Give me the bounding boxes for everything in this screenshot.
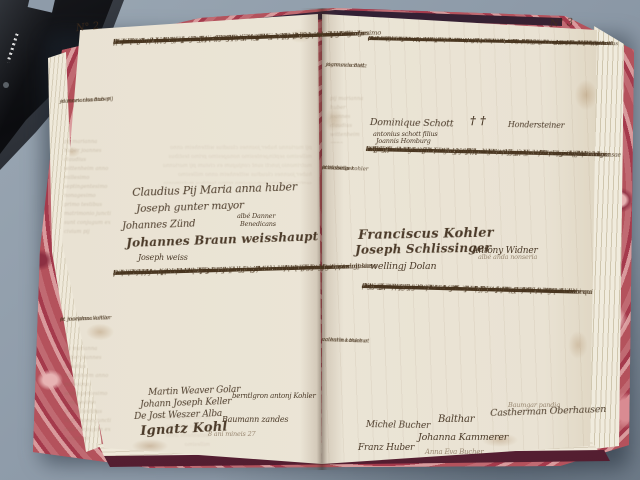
signature: wellingj Dolan: [370, 261, 436, 272]
signature: Joseph weiss: [138, 253, 188, 262]
signature: Dominique Schott: [370, 117, 454, 129]
ink-bleed-left-margin-top: pij marianna huber joannes claudius witt…: [64, 138, 112, 238]
signature: Johanna Kammerer: [418, 432, 508, 443]
signature: Joannis Homburg: [376, 137, 431, 145]
signature: Anna Eva Bucher: [425, 448, 484, 456]
signature: Joseph Schlissinger: [355, 241, 491, 257]
signature: Benedicans: [240, 220, 276, 228]
signature: Baumann zandes: [222, 415, 288, 424]
ink-bleed-right-margin: pij marianna huber joannes claudius witt…: [330, 95, 364, 143]
handwritten-text-line: sigmunda dietz: [326, 62, 367, 70]
handwritten-text-line: schlissinger: [322, 165, 354, 173]
signum-cross-marks: † †: [470, 114, 486, 127]
signature: 8 ani mineis 27: [208, 430, 255, 438]
right-page-number: N° 3: [550, 17, 574, 30]
signature: albé anda nonseria: [478, 253, 537, 261]
handwritten-text-line: mecum subscripserunt: [362, 282, 433, 293]
device-screw-icon: [3, 82, 9, 88]
signature: Balthar: [438, 414, 474, 425]
signature: Franz Huber: [358, 443, 414, 453]
signature: Michel Bucher: [366, 420, 430, 431]
signature: albé Danner: [237, 212, 275, 220]
ink-bleed-left-body: pij marianna huber joannes claudius witt…: [150, 144, 312, 184]
signature: berntlgron antonj Kohler: [232, 392, 316, 400]
ink-bleed-left-margin-bottom: pij marianna huber joannes claudius witt…: [64, 345, 112, 440]
signature: Hondersteiner: [508, 120, 565, 130]
photographed-register-scene: N° 2 N° 3 pij marianna huber joannes cla…: [0, 0, 640, 480]
